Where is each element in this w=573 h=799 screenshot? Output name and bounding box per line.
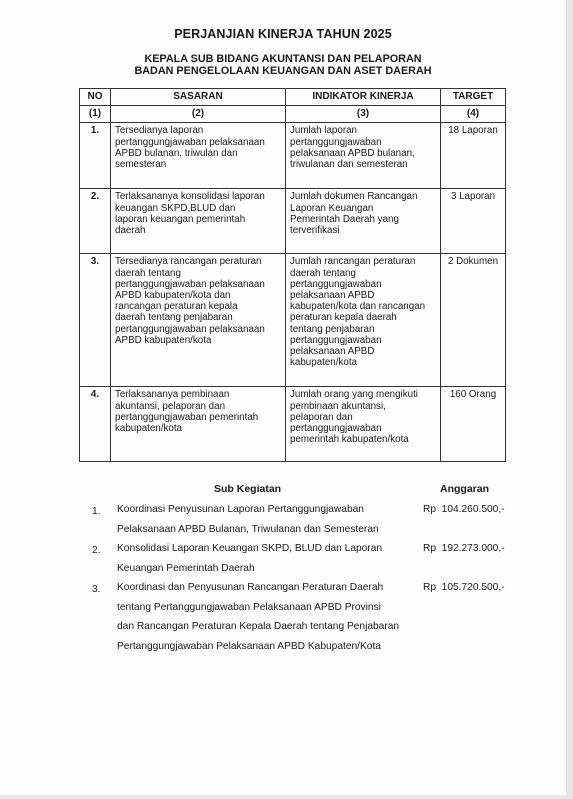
cell-indikator-line: Jumlah rancangan peraturan bbox=[290, 256, 436, 267]
column-number-1: (1) bbox=[80, 106, 111, 123]
cell-target: 3 Laporan bbox=[441, 189, 506, 254]
cell-target: 18 Laporan bbox=[441, 123, 506, 189]
cell-sasaran-line: laporan keuangan pemerintah bbox=[115, 214, 281, 225]
cell-sasaran-line: pertanggungjawaban pelaksanaan bbox=[115, 324, 281, 335]
sub-kegiatan-number: 2. bbox=[92, 541, 112, 561]
sub-kegiatan-amount: Rp 192.273.000,- bbox=[423, 539, 505, 559]
sub-kegiatan-item: 3.Koordinasi dan Penyusunan Rancangan Pe… bbox=[90, 578, 520, 656]
sub-kegiatan-number: 1. bbox=[92, 502, 112, 522]
document-title: PERJANJIAN KINERJA TAHUN 2025 bbox=[0, 27, 566, 41]
cell-indikator-line: Jumlah orang yang mengikuti bbox=[290, 389, 436, 400]
table-header-row: NO SASARAN INDIKATOR KINERJA TARGET bbox=[80, 89, 506, 106]
cell-sasaran-line: keuangan SKPD,BLUD dan bbox=[115, 203, 281, 214]
table-row: 4.Terlaksananya pembinaanakuntansi, pela… bbox=[80, 387, 506, 462]
cell-indikator-line: daerah tentang bbox=[290, 268, 436, 279]
column-number-4: (4) bbox=[441, 106, 506, 123]
cell-indikator: Jumlah dokumen RancanganLaporan Keuangan… bbox=[286, 189, 441, 254]
document-page: PERJANJIAN KINERJA TAHUN 2025 KEPALA SUB… bbox=[0, 0, 566, 795]
sub-kegiatan-text-line: Keuangan Pemerintah Daerah bbox=[117, 559, 417, 579]
document-subtitle-line-2: BADAN PENGELOLAAN KEUANGAN DAN ASET DAER… bbox=[0, 65, 566, 77]
sub-kegiatan-amount: Rp 104.260.500,- bbox=[423, 500, 505, 520]
sub-kegiatan-number: 3. bbox=[92, 580, 112, 600]
sub-kegiatan-text-line: Koordinasi Penyusunan Laporan Pertanggun… bbox=[117, 500, 417, 520]
cell-no: 1. bbox=[80, 123, 111, 189]
cell-sasaran-line: daerah tentang penjabaran bbox=[115, 312, 281, 323]
cell-indikator-line: pembinaan akuntansi, bbox=[290, 401, 436, 412]
header-no: NO bbox=[80, 89, 111, 106]
cell-sasaran-line: rancangan peraturan kepala bbox=[115, 301, 281, 312]
cell-indikator-line: pertanggungjawaban bbox=[290, 137, 436, 148]
header-sasaran: SASARAN bbox=[111, 89, 286, 106]
sub-kegiatan-text-line: Konsolidasi Laporan Keuangan SKPD, BLUD … bbox=[117, 539, 417, 559]
sub-kegiatan-heading: Sub Kegiatan bbox=[214, 483, 281, 495]
sub-kegiatan-text: Koordinasi dan Penyusunan Rancangan Pera… bbox=[117, 578, 417, 656]
cell-no: 2. bbox=[80, 189, 111, 254]
cell-indikator: Jumlah laporanpertanggungjawabanpelaksan… bbox=[286, 123, 441, 189]
cell-indikator-line: pemerintah kabupaten/kota bbox=[290, 434, 436, 445]
cell-indikator: Jumlah rancangan peraturandaerah tentang… bbox=[286, 254, 441, 387]
table-body: 1.Tersedianya laporanpertanggungjawaban … bbox=[80, 123, 506, 462]
cell-no: 4. bbox=[80, 387, 111, 462]
cell-indikator-line: tentang penjabaran bbox=[290, 324, 436, 335]
cell-sasaran-line: APBD bulanan, triwulan dan bbox=[115, 148, 281, 159]
cell-sasaran-line: pertanggungjawaban pemerintah bbox=[115, 412, 281, 423]
cell-sasaran-line: akuntansi, pelaporan dan bbox=[115, 401, 281, 412]
cell-sasaran-line: kabupaten/kota bbox=[115, 423, 281, 434]
cell-sasaran-line: APBD kabupaten/kota dan bbox=[115, 290, 281, 301]
sub-kegiatan-text-line: tentang Pertanggungjawaban Pelaksanaan A… bbox=[117, 598, 417, 618]
sub-kegiatan-text-line: Pelaksanaan APBD Bulanan, Triwulanan dan… bbox=[117, 520, 417, 540]
cell-indikator-line: Jumlah dokumen Rancangan bbox=[290, 191, 436, 202]
cell-indikator: Jumlah orang yang mengikutipembinaan aku… bbox=[286, 387, 441, 462]
cell-indikator-line: Pemerintah Daerah yang bbox=[290, 214, 436, 225]
cell-target: 160 Orang bbox=[441, 387, 506, 462]
cell-indikator-line: pertanggungjawaban bbox=[290, 423, 436, 434]
sub-kegiatan-text-line: Pertanggungjawaban Pelaksanaan APBD Kabu… bbox=[117, 637, 417, 657]
sub-kegiatan-text: Koordinasi Penyusunan Laporan Pertanggun… bbox=[117, 500, 417, 539]
cell-indikator-line: pertanggungjawaban bbox=[290, 279, 436, 290]
cell-sasaran-line: APBD kabupaten/kota bbox=[115, 335, 281, 346]
cell-indikator-line: triwulanan dan semesteran bbox=[290, 159, 436, 170]
sub-kegiatan-list: 1.Koordinasi Penyusunan Laporan Pertangg… bbox=[90, 500, 520, 656]
column-number-2: (2) bbox=[111, 106, 286, 123]
column-number-3: (3) bbox=[286, 106, 441, 123]
sub-kegiatan-amount: Rp 105.720.500,- bbox=[423, 578, 505, 598]
cell-indikator-line: pelaksanaan APBD bbox=[290, 346, 436, 357]
cell-indikator-line: pertanggungjawaban bbox=[290, 335, 436, 346]
cell-indikator-line: pelaporan dan bbox=[290, 412, 436, 423]
cell-no: 3. bbox=[80, 254, 111, 387]
performance-table: NO SASARAN INDIKATOR KINERJA TARGET (1) … bbox=[79, 88, 506, 462]
sub-kegiatan-item: 1.Koordinasi Penyusunan Laporan Pertangg… bbox=[90, 500, 520, 539]
anggaran-heading: Anggaran bbox=[440, 483, 489, 495]
cell-sasaran-line: Tersedianya rancangan peraturan bbox=[115, 256, 281, 267]
cell-target: 2 Dokumen bbox=[441, 254, 506, 387]
header-target: TARGET bbox=[441, 89, 506, 106]
cell-indikator-line: pelaksanaan APBD bulanan, bbox=[290, 148, 436, 159]
header-indikator: INDIKATOR KINERJA bbox=[286, 89, 441, 106]
cell-sasaran-line: Tersedianya laporan bbox=[115, 125, 281, 136]
cell-sasaran-line: daerah tentang bbox=[115, 268, 281, 279]
cell-indikator-line: Laporan Keuangan bbox=[290, 203, 436, 214]
sub-kegiatan-item: 2.Konsolidasi Laporan Keuangan SKPD, BLU… bbox=[90, 539, 520, 578]
table-row: 2.Terlaksananya konsolidasi laporankeuan… bbox=[80, 189, 506, 254]
sub-kegiatan-text-line: Koordinasi dan Penyusunan Rancangan Pera… bbox=[117, 578, 417, 598]
cell-indikator-line: Jumlah laporan bbox=[290, 125, 436, 136]
table-row: 3.Tersedianya rancangan peraturandaerah … bbox=[80, 254, 506, 387]
cell-indikator-line: peraturan kepala daerah bbox=[290, 312, 436, 323]
cell-sasaran-line: pertanggungjawaban pelaksanaan bbox=[115, 279, 281, 290]
cell-sasaran: Tersedianya rancangan peraturandaerah te… bbox=[111, 254, 286, 387]
cell-sasaran: Terlaksananya pembinaanakuntansi, pelapo… bbox=[111, 387, 286, 462]
cell-indikator-line: pelaksanaan APBD bbox=[290, 290, 436, 301]
cell-indikator-line: kabupaten/kota dan rancangan bbox=[290, 301, 436, 312]
cell-sasaran-line: daerah bbox=[115, 225, 281, 236]
cell-indikator-line: kabupaten/kota bbox=[290, 357, 436, 368]
cell-indikator-line: terverifikasi bbox=[290, 225, 436, 236]
cell-sasaran-line: Terlaksananya konsolidasi laporan bbox=[115, 191, 281, 202]
cell-sasaran: Terlaksananya konsolidasi laporankeuanga… bbox=[111, 189, 286, 254]
cell-sasaran-line: pertanggungjawaban pelaksanaan bbox=[115, 137, 281, 148]
cell-sasaran: Tersedianya laporanpertanggungjawaban pe… bbox=[111, 123, 286, 189]
document-subtitle-line-1: KEPALA SUB BIDANG AKUNTANSI DAN PELAPORA… bbox=[0, 53, 566, 65]
table-row: 1.Tersedianya laporanpertanggungjawaban … bbox=[80, 123, 506, 189]
sub-kegiatan-text-line: dan Rancangan Peraturan Kepala Daerah te… bbox=[117, 617, 417, 637]
cell-sasaran-line: Terlaksananya pembinaan bbox=[115, 389, 281, 400]
sub-kegiatan-text: Konsolidasi Laporan Keuangan SKPD, BLUD … bbox=[117, 539, 417, 578]
cell-sasaran-line: semesteran bbox=[115, 159, 281, 170]
table-column-number-row: (1) (2) (3) (4) bbox=[80, 106, 506, 123]
